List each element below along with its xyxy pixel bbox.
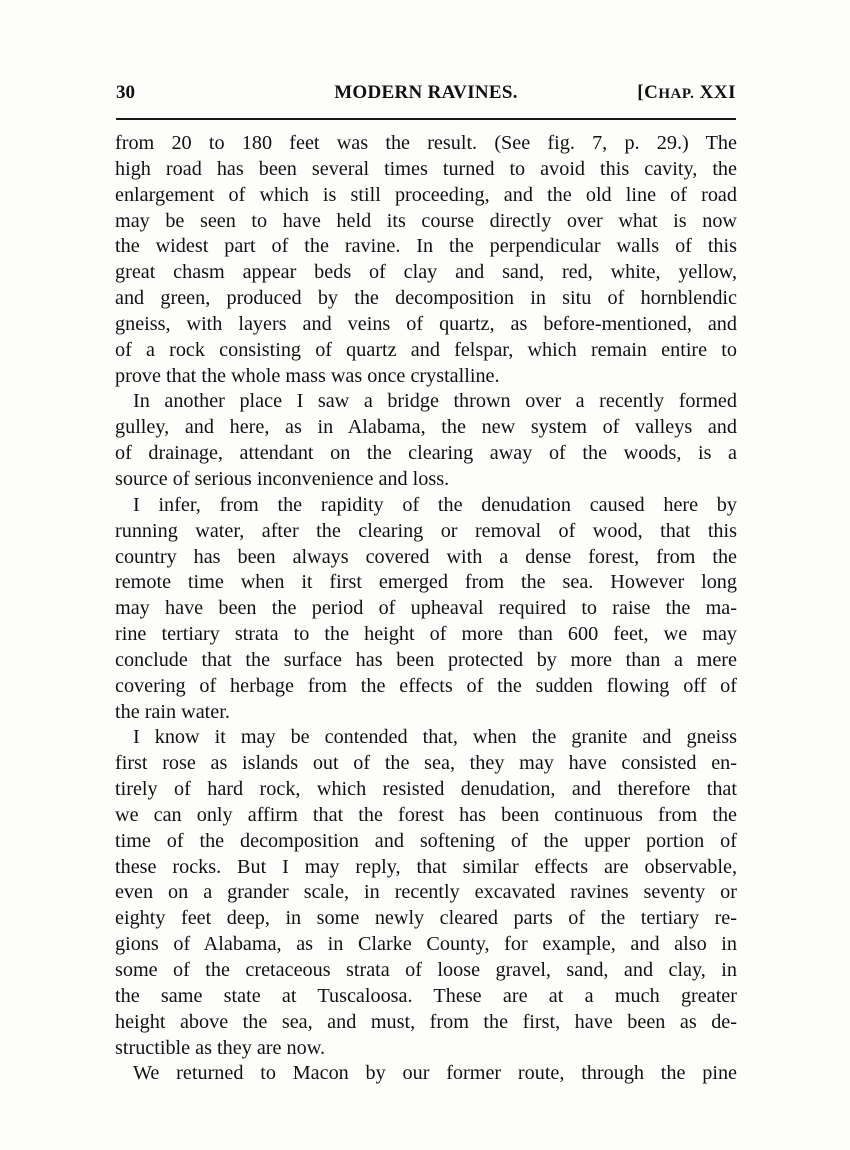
text-line: eighty feet deep, in some newly cleared … bbox=[115, 906, 737, 932]
text-line: rine tertiary strata to the height of mo… bbox=[115, 622, 737, 648]
text-line: source of serious inconvenience and loss… bbox=[115, 467, 737, 493]
text-line: country has been always covered with a d… bbox=[115, 545, 737, 571]
text-line: the widest part of the ravine. In the pe… bbox=[115, 234, 737, 260]
text-line: time of the decomposition and softening … bbox=[115, 829, 737, 855]
text-line: great chasm appear beds of clay and sand… bbox=[115, 260, 737, 286]
body-text: from 20 to 180 feet was the result. (See… bbox=[115, 131, 737, 1087]
header-rule bbox=[116, 118, 736, 120]
text-line: first rose as islands out of the sea, th… bbox=[115, 751, 737, 777]
text-line: prove that the whole mass was once cryst… bbox=[115, 364, 737, 390]
paragraph: I infer, from the rapidity of the denuda… bbox=[115, 493, 737, 726]
paragraph: from 20 to 180 feet was the result. (See… bbox=[115, 131, 737, 389]
book-page: 30 MODERN RAVINES. [CHAP. XXI from 20 to… bbox=[0, 0, 850, 1150]
text-line: may be seen to have held its course dire… bbox=[115, 209, 737, 235]
text-line: from 20 to 180 feet was the result. (See… bbox=[115, 131, 737, 157]
text-line: covering of herbage from the effects of … bbox=[115, 674, 737, 700]
text-line: of a rock consisting of quartz and felsp… bbox=[115, 338, 737, 364]
text-line: and green, produced by the decomposition… bbox=[115, 286, 737, 312]
text-line: tirely of hard rock, which resisted denu… bbox=[115, 777, 737, 803]
text-line: remote time when it first emerged from t… bbox=[115, 570, 737, 596]
chapter-label-initial: C bbox=[644, 82, 658, 103]
text-line: conclude that the surface has been prote… bbox=[115, 648, 737, 674]
text-line: In another place I saw a bridge thrown o… bbox=[115, 389, 737, 415]
chapter-label: [CHAP. XXI bbox=[637, 82, 736, 104]
text-line: enlargement of which is still proceeding… bbox=[115, 183, 737, 209]
chapter-label-smallcaps: HAP. bbox=[658, 86, 694, 102]
text-line: I infer, from the rapidity of the denuda… bbox=[115, 493, 737, 519]
text-line: of drainage, attendant on the clearing a… bbox=[115, 441, 737, 467]
text-line: gulley, and here, as in Alabama, the new… bbox=[115, 415, 737, 441]
text-line: high road has been several times turned … bbox=[115, 157, 737, 183]
text-line: the same state at Tuscaloosa. These are … bbox=[115, 984, 737, 1010]
text-line: these rocks. But I may reply, that simil… bbox=[115, 855, 737, 881]
text-line: I know it may be contended that, when th… bbox=[115, 725, 737, 751]
running-head: 30 MODERN RAVINES. [CHAP. XXI bbox=[116, 82, 736, 108]
paragraph: In another place I saw a bridge thrown o… bbox=[115, 389, 737, 492]
text-line: gions of Alabama, as in Clarke County, f… bbox=[115, 932, 737, 958]
text-line: gneiss, with layers and veins of quartz,… bbox=[115, 312, 737, 338]
text-line: some of the cretaceous strata of loose g… bbox=[115, 958, 737, 984]
text-line: height above the sea, and must, from the… bbox=[115, 1010, 737, 1036]
chapter-numeral: XXI bbox=[700, 82, 736, 103]
text-line: We returned to Macon by our former route… bbox=[115, 1061, 737, 1087]
text-line: we can only affirm that the forest has b… bbox=[115, 803, 737, 829]
text-line: the rain water. bbox=[115, 700, 737, 726]
text-line: even on a grander scale, in recently exc… bbox=[115, 880, 737, 906]
text-line: structible as they are now. bbox=[115, 1036, 737, 1062]
text-line: running water, after the clearing or rem… bbox=[115, 519, 737, 545]
paragraph: We returned to Macon by our former route… bbox=[115, 1061, 737, 1087]
text-line: may have been the period of upheaval req… bbox=[115, 596, 737, 622]
paragraph: I know it may be contended that, when th… bbox=[115, 725, 737, 1061]
